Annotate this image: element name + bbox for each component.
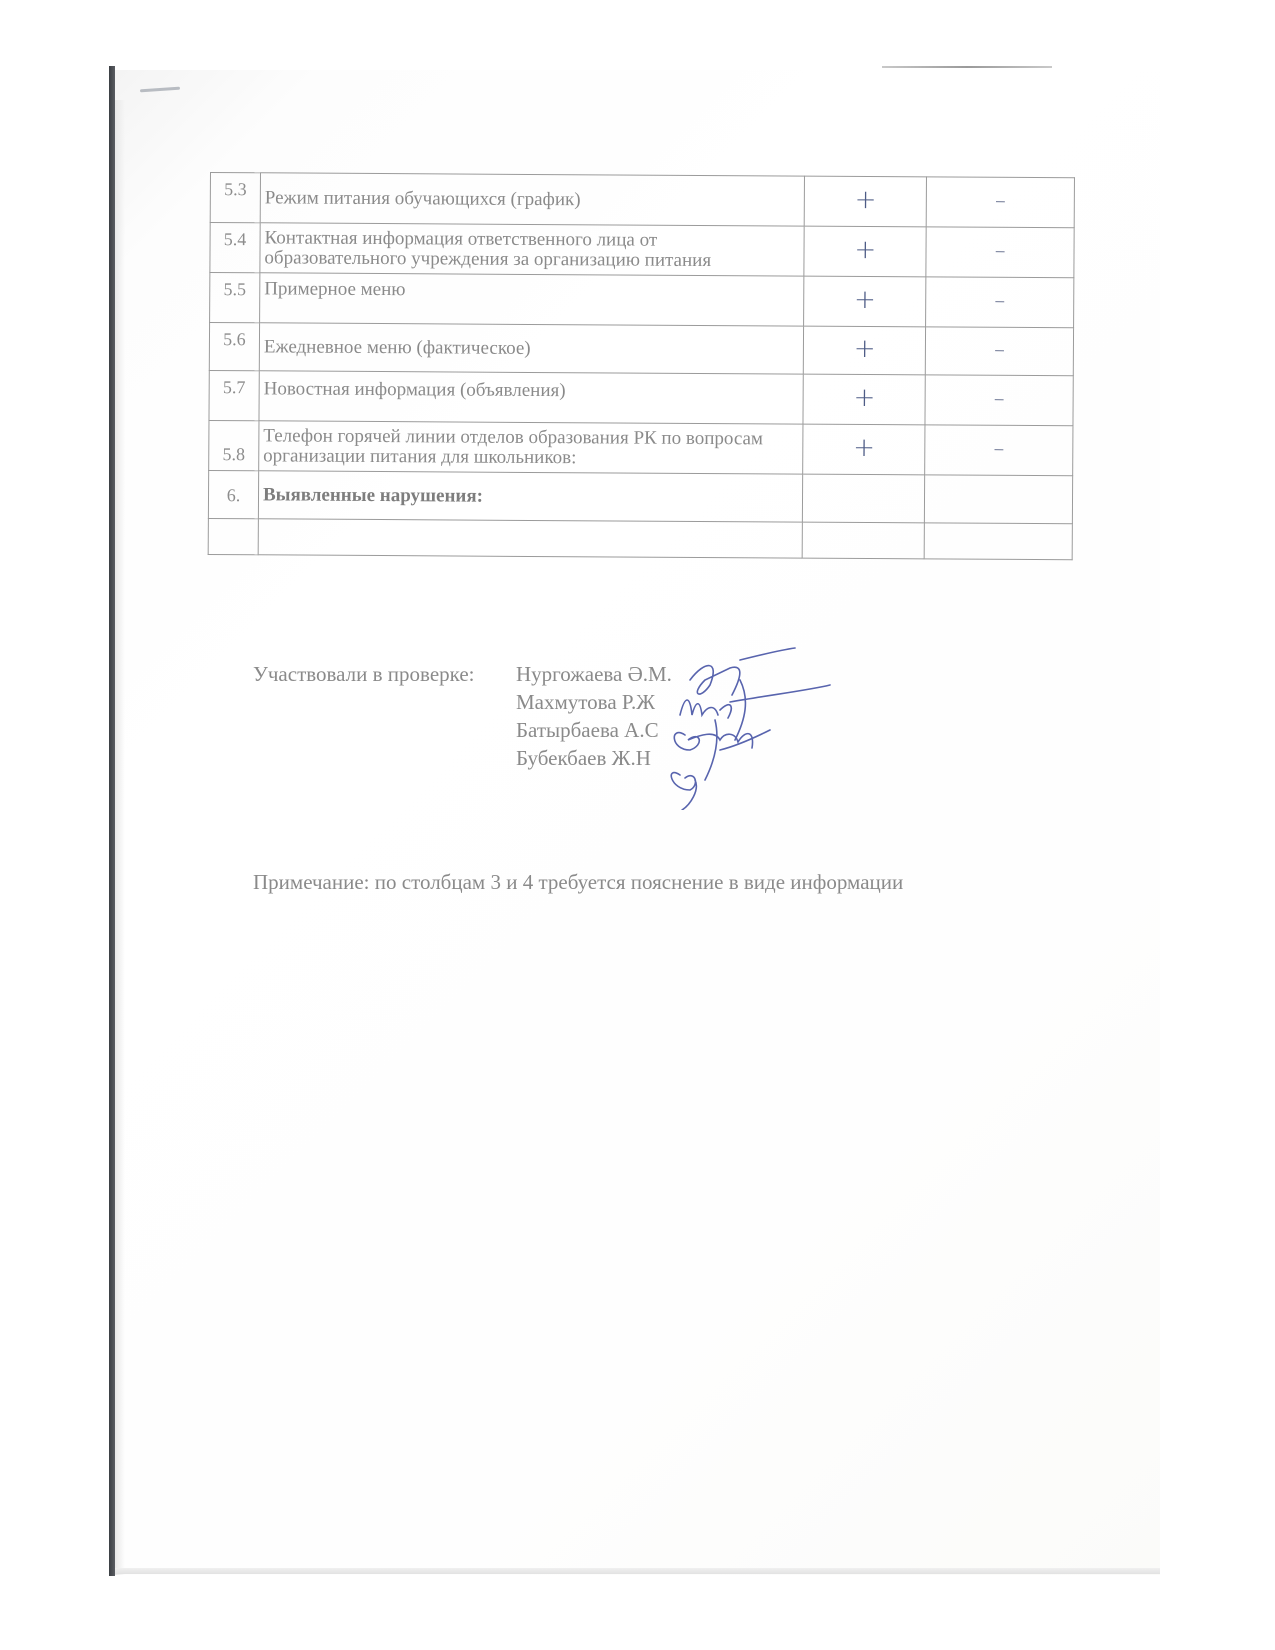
row-number: 5.6 [209,323,259,371]
minus-mark: – [994,341,1005,361]
column-3-mark: + [803,424,925,475]
page-edge-shadow [115,100,125,1575]
plus-mark: + [854,339,876,359]
signature-2 [680,680,830,740]
table-row: 5.8 Телефон горячей линии отделов образо… [209,420,1073,475]
table-row: 5.3 Режим питания обучающихся (график) +… [210,173,1074,228]
participants-label: Участвовали в проверке: [253,660,516,688]
page-top-edge [882,66,1052,68]
column-3-mark: + [804,226,926,277]
minus-mark: – [994,390,1005,410]
signature-4 [671,773,696,810]
row-number [208,518,258,554]
table-row: 5.5 Примерное меню + – [210,273,1074,328]
table-row: 5.6 Ежедневное меню (фактическое) + – [209,323,1073,376]
column-3-mark: + [805,176,927,227]
row-number: 6. [208,470,258,518]
column-3-mark: + [804,276,926,327]
signatures [660,640,860,810]
table-row: 5.7 Новостная информация (объявления) + … [209,370,1073,425]
column-3-mark: + [804,326,926,375]
plus-mark: + [855,190,877,210]
column-4-mark: – [925,327,1073,376]
column-4-mark: – [926,177,1074,228]
table-row: 5.4 Контактная информация ответственного… [210,223,1074,278]
participants-block: Участвовали в проверке:Нургожаева Ә.М. М… [253,660,672,772]
column-4-mark: – [926,227,1074,278]
column-3-mark [803,474,925,523]
participant-name: Батырбаева А.С [253,716,672,744]
participant-name: Нургожаева Ә.М. [516,662,672,686]
minus-mark: – [995,242,1006,262]
signature-3 [674,720,770,780]
row-text: Телефон горячей линии отделов образовани… [259,421,804,474]
table-row [208,518,1072,559]
row-text: Новостная информация (объявления) [259,371,804,424]
page-bottom-edge [115,1568,1160,1574]
checklist-table: 5.3 Режим питания обучающихся (график) +… [208,172,1075,560]
table-row: 6. Выявленные нарушения: [208,470,1072,523]
row-text: Режим питания обучающихся (график) [260,173,805,226]
plus-mark: + [854,290,876,310]
plus-mark: + [853,438,875,458]
column-4-mark: – [925,375,1073,426]
row-text: Ежедневное меню (фактическое) [259,323,804,374]
plus-mark: + [854,240,876,260]
row-number: 5.7 [209,370,259,420]
column-4-mark: – [925,425,1073,476]
row-number: 5.3 [210,173,260,223]
row-number: 5.4 [210,223,260,273]
row-text: Примерное меню [260,273,805,326]
row-number: 5.5 [210,273,260,323]
participant-name: Бубекбаев Ж.Н [253,744,672,772]
column-3-mark: + [803,374,925,425]
minus-mark: – [994,292,1005,312]
column-4-mark: – [926,277,1074,328]
minus-mark: – [993,440,1004,460]
minus-mark: – [995,192,1006,212]
row-text [258,519,803,558]
note-text: Примечание: по столбцам 3 и 4 требуется … [253,870,903,895]
participant-name: Махмутова Р.Ж [253,688,672,716]
column-4-mark [925,475,1073,524]
row-text: Выявленные нарушения: [258,471,803,522]
column-4-mark [924,523,1072,560]
row-text: Контактная информация ответственного лиц… [260,223,805,276]
plus-mark: + [853,388,875,408]
row-number: 5.8 [209,420,259,470]
column-3-mark [802,522,924,559]
